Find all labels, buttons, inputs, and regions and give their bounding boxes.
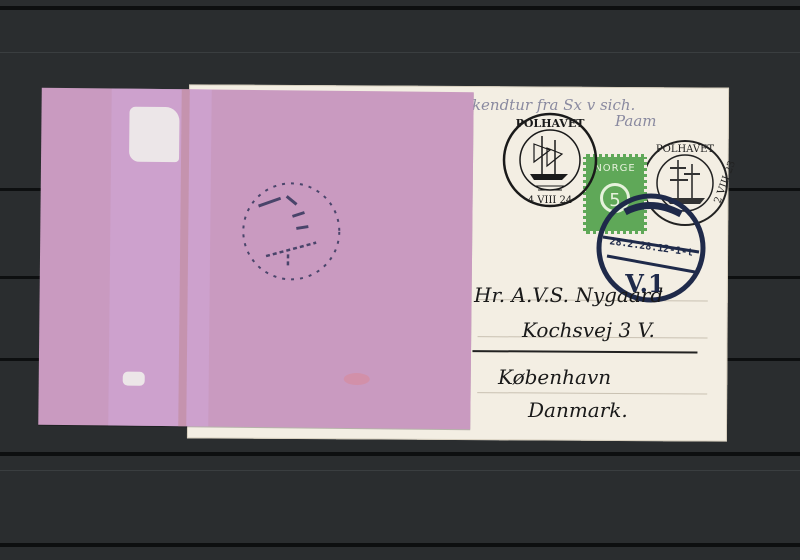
svg-text:POLHAVET: POLHAVET [656,144,715,155]
address-line-1: Hr. A.V.S. Nygaard [474,283,663,307]
svg-text:2 VIII 23: 2 VIII 23 [712,159,738,205]
address-line-2: Kochsvej 3 V. [522,318,655,342]
wrapper-tear [129,107,180,163]
address-line-3: København [498,365,611,389]
address-underline [472,350,697,353]
svg-text:POLHAVET: POLHAVET [516,117,586,130]
address-rule [477,392,707,394]
pink-wrapper [38,88,474,430]
wrapper-tear [123,372,145,386]
address-line-4: Danmark. [528,398,628,422]
wrapper-postmark [236,176,347,287]
stockbook-strip [0,543,800,547]
stockbook-strip [0,452,800,456]
stockbook-sheen [0,470,800,471]
pencil-note-line2: Paam [615,112,657,130]
stockbook-sheen [0,52,800,53]
wrapper-stain [344,373,370,385]
svg-text:4 VIII 24: 4 VIII 24 [528,195,573,206]
stockbook-strip [0,6,800,10]
ship-postmark-1: POLHAVET 4 VIII 24 [500,110,600,210]
svg-text:28.2.28.12-1-t: 28.2.28.12-1-t [609,236,694,259]
